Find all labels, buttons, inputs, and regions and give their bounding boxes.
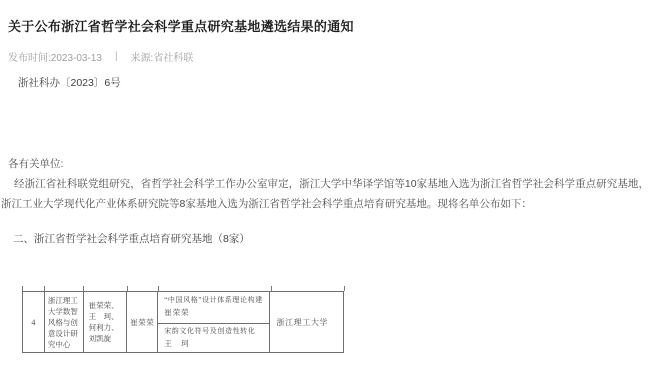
scanned-table-image: 4 浙江理工大学数智风格与创意设计研究中心 崔荣荣、 王 珂、 何利力、 刘凯旋… <box>22 291 344 353</box>
scan-tick <box>83 286 84 291</box>
meta-line: 发布时间:2023-03-13 | 来源:省社科联 <box>8 49 193 64</box>
section-heading: 二、浙江省哲学社会科学重点培育研究基地（8家） <box>13 231 250 246</box>
project-title: 宋韵文化符号及创造性转化 <box>164 327 269 336</box>
page-title: 关于公布浙江省哲学社会科学重点研究基地遴选结果的通知 <box>8 16 354 35</box>
scan-tick <box>158 286 159 291</box>
table-cell-base-name: 浙江理工大学数智风格与创意设计研究中心 <box>45 292 84 352</box>
scan-tick <box>344 286 345 291</box>
project-entry: “中国风格”设计体系理论构建 崔荣荣 <box>158 292 269 324</box>
project-leader: 王 珂 <box>164 339 269 348</box>
table-cell-director: 崔荣荣 <box>127 292 158 352</box>
salutation: 各有关单位: <box>8 156 63 171</box>
body-paragraph: 经浙江省社科联党组研究，省哲学社会科学工作办公室审定，浙江大学中华译学馆等10家… <box>1 175 649 214</box>
scan-tick <box>271 286 272 291</box>
project-leader: 崔荣荣 <box>164 308 269 317</box>
document-number: 浙社科办〔2023〕6号 <box>18 75 121 90</box>
table-cell-team-members: 崔荣荣、 王 珂、 何利力、 刘凯旋 <box>84 292 128 352</box>
project-entry: 宋韵文化符号及创造性转化 王 珂 <box>158 324 269 352</box>
scan-tick <box>22 286 23 291</box>
scan-tick <box>127 286 128 291</box>
table-cell-university: 浙江理工大学 <box>270 292 343 352</box>
table-cell-projects: “中国风格”设计体系理论构建 崔荣荣 宋韵文化符号及创造性转化 王 珂 <box>158 292 270 352</box>
scan-tick <box>44 286 45 291</box>
project-title: “中国风格”设计体系理论构建 <box>164 296 269 305</box>
publish-time: 发布时间:2023-03-13 <box>8 49 102 64</box>
table-cell-index: 4 <box>23 292 45 352</box>
notice-page: 关于公布浙江省哲学社会科学重点研究基地遴选结果的通知 发布时间:2023-03-… <box>0 0 650 374</box>
meta-separator: | <box>115 51 118 62</box>
source-label: 来源:省社科联 <box>131 49 194 64</box>
